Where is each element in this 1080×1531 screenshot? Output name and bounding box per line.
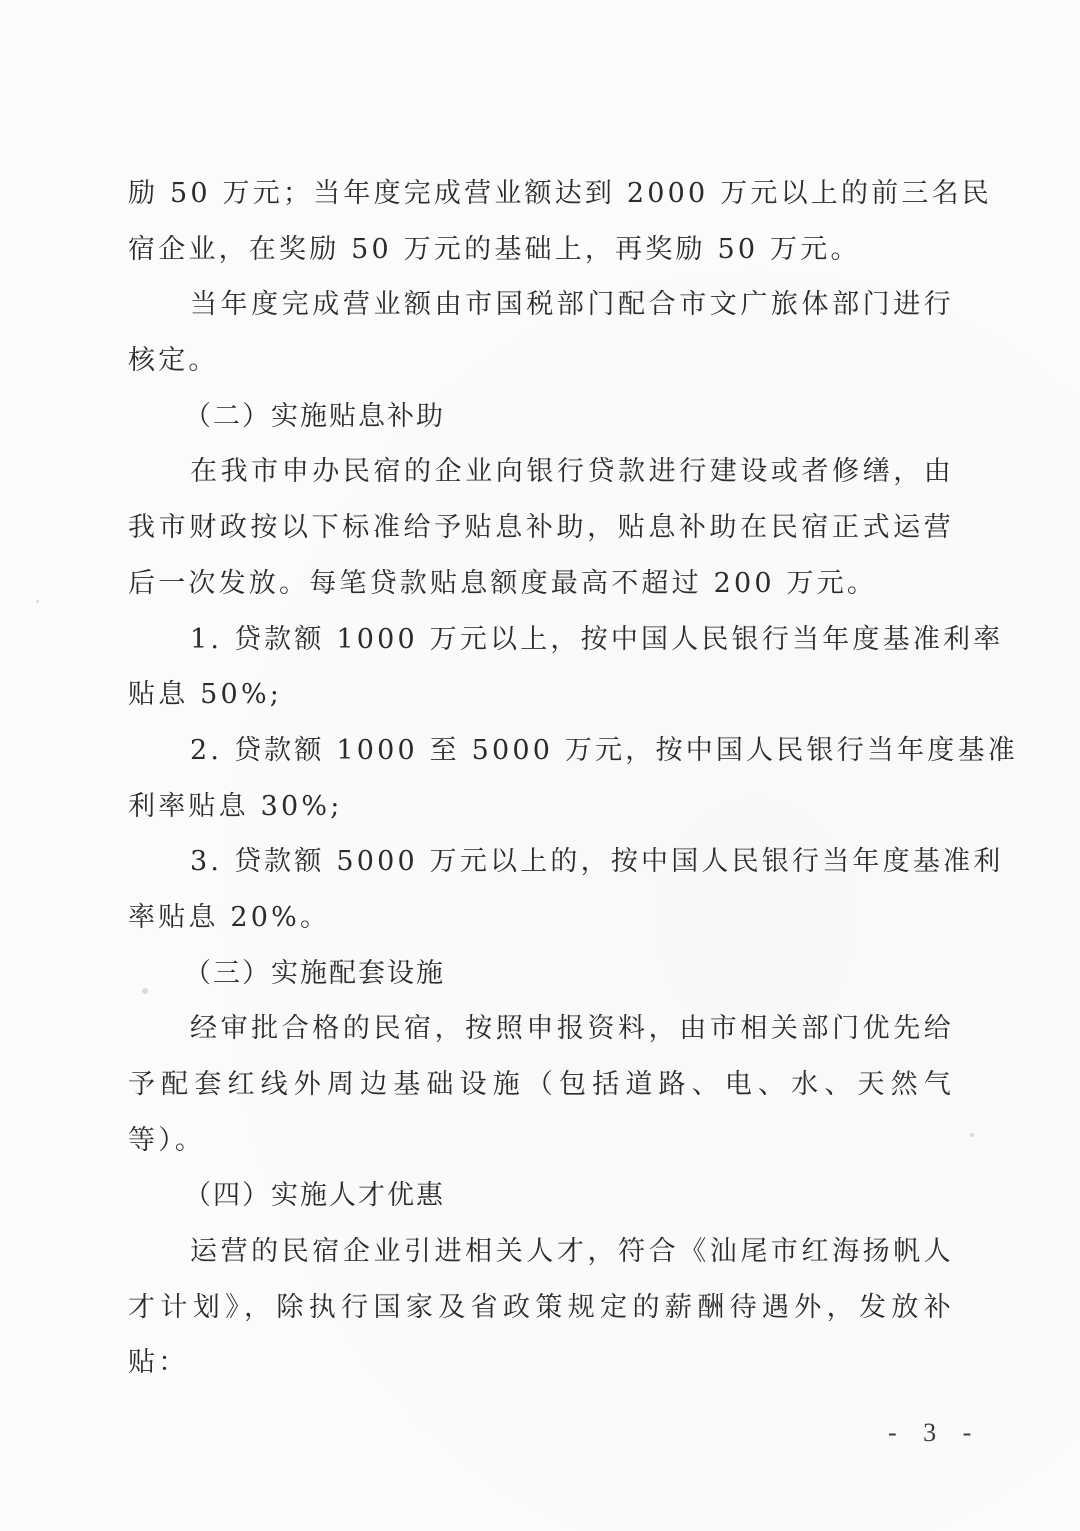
text-line: 我市财政按以下标准给予贴息补助，贴息补助在民宿正式运营	[128, 500, 954, 556]
scan-speck	[970, 1133, 974, 1137]
paragraph-start: 经审批合格的民宿，按照申报资料，由市相关部门优先给	[128, 1001, 954, 1057]
section-heading-4: （四）实施人才优惠	[128, 1168, 954, 1224]
scan-speck	[142, 988, 148, 994]
text-line: 核定。	[128, 333, 954, 389]
paragraph-start: 运营的民宿企业引进相关人才，符合《汕尾市红海扬帆人	[128, 1224, 954, 1280]
list-item-2: 2. 贷款额 1000 至 5000 万元，按中国人民银行当年度基准	[128, 723, 954, 779]
section-heading-2: （二）实施贴息补助	[128, 389, 954, 445]
document-body: 励 50 万元；当年度完成营业额达到 2000 万元以上的前三名民 宿企业，在奖…	[128, 166, 954, 1391]
document-page: 励 50 万元；当年度完成营业额达到 2000 万元以上的前三名民 宿企业，在奖…	[0, 0, 1080, 1531]
paragraph-start: 当年度完成营业额由市国税部门配合市文广旅体部门进行	[128, 277, 954, 333]
text-line: 率贴息 20%。	[128, 890, 954, 946]
text-line: 等）。	[128, 1113, 954, 1169]
text-line: 利率贴息 30%;	[128, 779, 954, 835]
text-line: 贴：	[128, 1335, 954, 1391]
text-line: 励 50 万元；当年度完成营业额达到 2000 万元以上的前三名民	[128, 166, 954, 222]
list-item-1: 1. 贷款额 1000 万元以上，按中国人民银行当年度基准利率	[128, 612, 954, 668]
text-line: 才计划》，除执行国家及省政策规定的薪酬待遇外，发放补	[128, 1280, 954, 1336]
page-number: - 3 -	[888, 1418, 981, 1448]
text-line: 予配套红线外周边基础设施（包括道路、电、水、天然气	[128, 1057, 954, 1113]
text-line: 后一次发放。每笔贷款贴息额度最高不超过 200 万元。	[128, 556, 954, 612]
section-heading-3: （三）实施配套设施	[128, 946, 954, 1002]
scan-speck	[36, 600, 39, 603]
list-item-3: 3. 贷款额 5000 万元以上的，按中国人民银行当年度基准利	[128, 834, 954, 890]
paragraph-start: 在我市申办民宿的企业向银行贷款进行建设或者修缮，由	[128, 444, 954, 500]
text-line: 贴息 50%;	[128, 667, 954, 723]
text-line: 宿企业，在奖励 50 万元的基础上，再奖励 50 万元。	[128, 222, 954, 278]
